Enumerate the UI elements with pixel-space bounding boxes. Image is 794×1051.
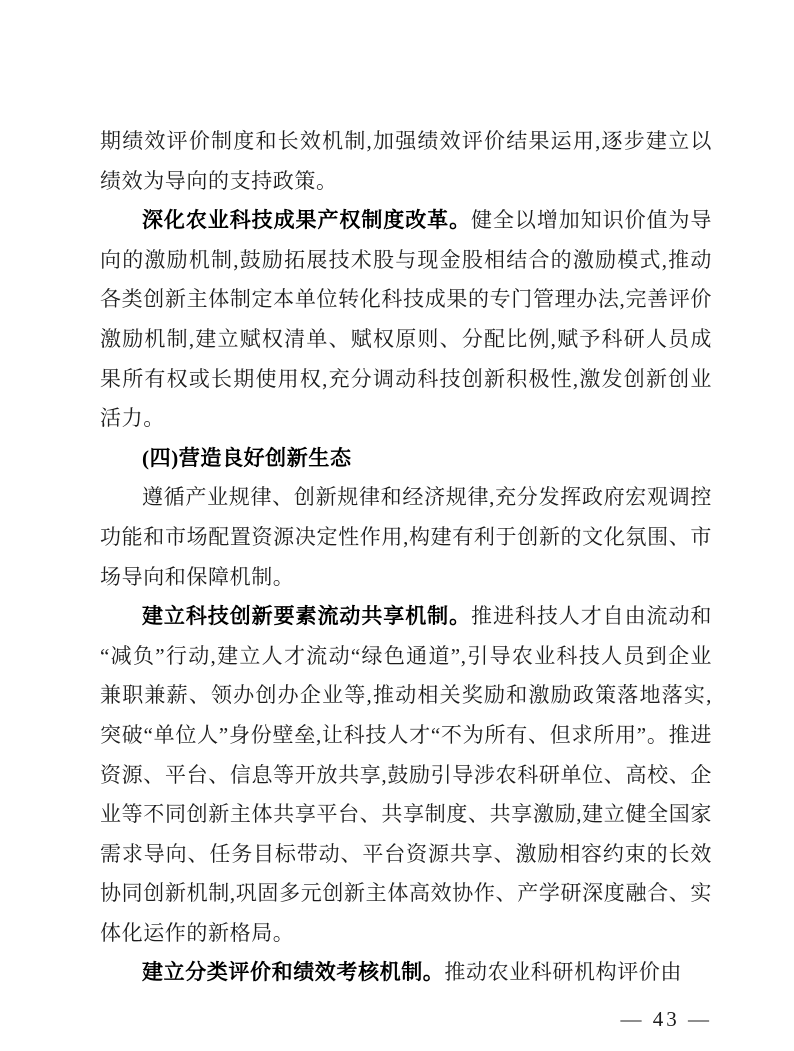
paragraph-lead: 建立分类评价和绩效考核机制。	[142, 960, 444, 984]
paragraph: 遵循产业规律、创新规律和经济规律,充分发挥政府宏观调控功能和市场配置资源决定性作…	[100, 478, 712, 597]
section-heading: (四)营造良好创新生态	[100, 439, 712, 479]
paragraph-lead: 建立科技创新要素流动共享机制。	[142, 604, 471, 628]
paragraph-text: (四)营造良好创新生态	[142, 446, 352, 470]
paragraph-lead: 深化农业科技成果产权制度改革。	[142, 208, 471, 232]
paragraph: 深化农业科技成果产权制度改革。健全以增加知识价值为导向的激励机制,鼓励拓展技术股…	[100, 201, 712, 439]
paragraph-text: 推进科技人才自由流动和“减负”行动,建立人才流动“绿色通道”,引导农业科技人员到…	[100, 604, 712, 945]
paragraph: 建立分类评价和绩效考核机制。推动农业科研机构评价由	[100, 953, 712, 993]
page-number: — 43 —	[0, 1004, 712, 1034]
paragraph-text: 期绩效评价制度和长效机制,加强绩效评价结果运用,逐步建立以绩效为导向的支持政策。	[100, 129, 712, 193]
paragraph: 期绩效评价制度和长效机制,加强绩效评价结果运用,逐步建立以绩效为导向的支持政策。	[100, 122, 712, 201]
document-page: 期绩效评价制度和长效机制,加强绩效评价结果运用,逐步建立以绩效为导向的支持政策。…	[0, 0, 794, 1051]
paragraph-text: 健全以增加知识价值为导向的激励机制,鼓励拓展技术股与现金股相结合的激励模式,推动…	[100, 208, 712, 430]
document-body: 期绩效评价制度和长效机制,加强绩效评价结果运用,逐步建立以绩效为导向的支持政策。…	[100, 122, 712, 993]
paragraph-text: 推动农业科研机构评价由	[444, 960, 682, 984]
paragraph-text: 遵循产业规律、创新规律和经济规律,充分发挥政府宏观调控功能和市场配置资源决定性作…	[100, 485, 712, 588]
paragraph: 建立科技创新要素流动共享机制。推进科技人才自由流动和“减负”行动,建立人才流动“…	[100, 597, 712, 953]
